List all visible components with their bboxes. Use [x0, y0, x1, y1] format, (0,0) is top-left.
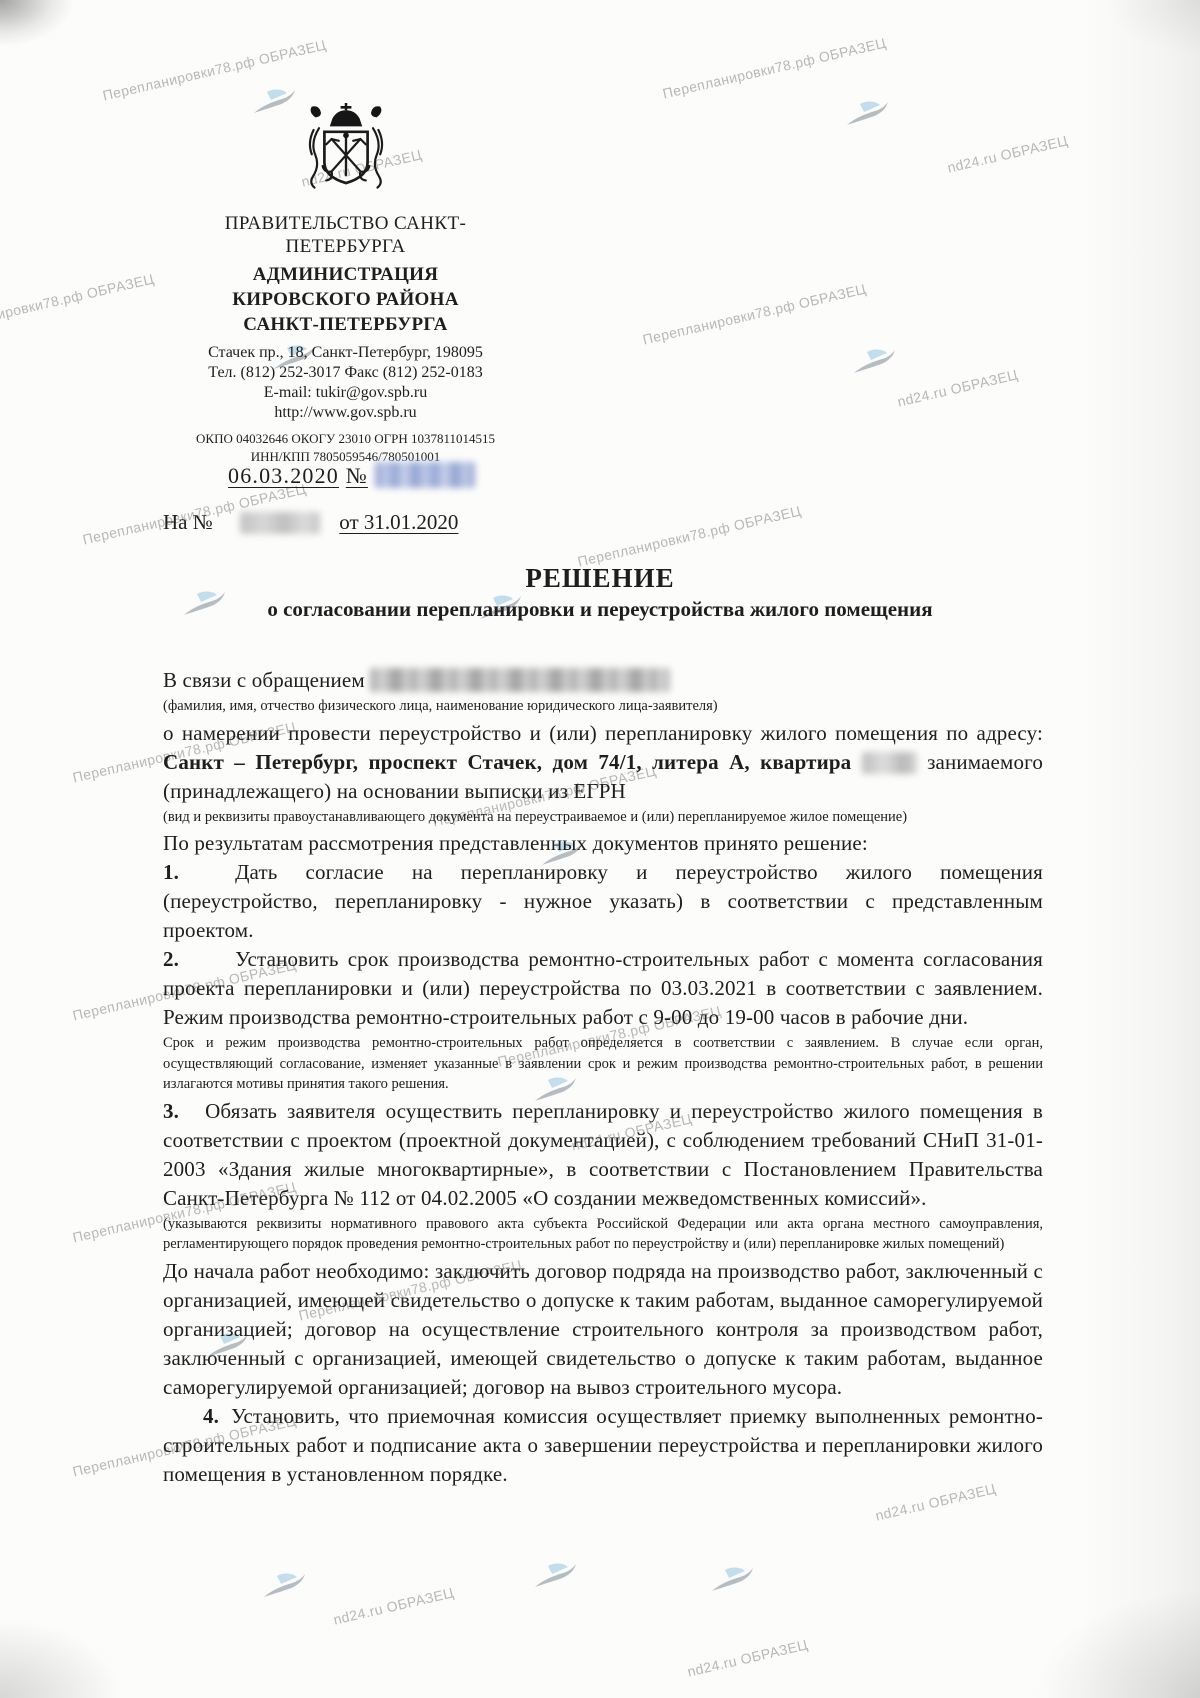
- incoming-prefix: На №: [163, 510, 213, 534]
- bold-text: 3.: [163, 1099, 179, 1123]
- paragraph: 4.Установить, что приемочная комиссия ос…: [163, 1402, 1043, 1489]
- text-run: (указываются реквизиты нормативного прав…: [163, 1216, 1043, 1253]
- watermark-text: nd24.ru ОБРАЗЕЦ: [946, 132, 1070, 175]
- paragraph: 3.Обязать заявителя осуществить переплан…: [163, 1097, 1043, 1213]
- letterhead-government: ПРАВИТЕЛЬСТВО САНКТ- ПЕТЕРБУРГА: [148, 212, 543, 258]
- bird-logo-icon: [710, 1566, 756, 1599]
- redacted-incoming-number: [240, 512, 320, 534]
- watermark-text: nd24.ru ОБРАЗЕЦ: [896, 366, 1020, 409]
- text-run: Установить, что приемочная комиссия осущ…: [163, 1404, 1043, 1486]
- redacted-apartment: [862, 752, 917, 774]
- letterhead-codes: ОКПО 04032646 ОКОГУ 23010 ОГРН 103781101…: [148, 430, 543, 466]
- letterhead: ПРАВИТЕЛЬСТВО САНКТ- ПЕТЕРБУРГА АДМИНИСТ…: [148, 92, 543, 466]
- watermark-text: nd24.ru ОБРАЗЕЦ: [332, 1584, 456, 1627]
- paragraph: 1.Дать согласие на перепланировку и пере…: [163, 858, 1043, 945]
- bold-text: 4.: [203, 1404, 219, 1428]
- text-run: Обязать заявителя осуществить перепланир…: [163, 1099, 1043, 1210]
- document-page: Перепланировки78.рф ОБРАЗЕЦПерепланировк…: [0, 0, 1200, 1698]
- watermark-text: Перепланировки78.рф ОБРАЗЕЦ: [641, 280, 867, 347]
- letterhead-organization: АДМИНИСТРАЦИЯ КИРОВСКОГО РАЙОНА САНКТ-ПЕ…: [148, 262, 543, 337]
- bold-text: Санкт – Петербург, проспект Стачек, дом …: [163, 750, 862, 774]
- paragraph: Срок и режим производства ремонтно-строи…: [163, 1033, 1043, 1095]
- text-run: (вид и реквизиты правоустанавливающего д…: [163, 809, 907, 825]
- text-run: По результатам рассмотрения представленн…: [163, 831, 868, 855]
- incoming-reference-line: На № от 31.01.2020: [163, 510, 458, 535]
- paragraph: 2.Установить срок производства ремонтно-…: [163, 945, 1043, 1032]
- text-run: Установить срок производства ремонтно-ст…: [163, 947, 1043, 1029]
- watermark-text: Перепланировки78.рф ОБРАЗЕЦ: [576, 502, 802, 569]
- incoming-from-date: от 31.01.2020: [339, 510, 458, 534]
- watermark-text: nd24.ru ОБРАЗЕЦ: [686, 1636, 810, 1679]
- bird-logo-icon: [262, 1572, 308, 1605]
- text-run: Дать согласие на перепланировку и переус…: [163, 860, 1043, 942]
- paragraph: До начала работ необходимо: заключить до…: [163, 1257, 1043, 1402]
- paragraph: (фамилия, имя, отчество физического лица…: [163, 696, 1043, 717]
- outgoing-reference-line: 06.03.2020 №: [228, 462, 475, 489]
- outgoing-date: 06.03.2020: [228, 463, 339, 488]
- letterhead-contacts: Стачек пр., 18, Санкт-Петербург, 198095 …: [148, 343, 543, 423]
- paragraph: (указываются реквизиты нормативного прав…: [163, 1214, 1043, 1255]
- bold-text: 1.: [163, 860, 179, 884]
- document-body: В связи с обращением (фамилия, имя, отче…: [163, 666, 1043, 1489]
- text-run: До начала работ необходимо: заключить до…: [163, 1259, 1043, 1399]
- bird-logo-icon: [845, 100, 891, 133]
- bird-logo-icon: [533, 1562, 579, 1595]
- paragraph: о намерении провести переустройство и (и…: [163, 719, 1043, 806]
- paragraph: По результатам рассмотрения представленн…: [163, 829, 1043, 858]
- text-run: о намерении провести переустройство и (и…: [163, 721, 1043, 745]
- bird-logo-icon: [852, 348, 898, 381]
- paragraph: В связи с обращением: [163, 666, 1043, 695]
- coat-of-arms-icon: [292, 92, 400, 204]
- document-title: РЕШЕНИЕ: [0, 563, 1200, 594]
- watermark-text: Перепланировки78.рф ОБРАЗЕЦ: [661, 34, 887, 101]
- bold-text: 2.: [163, 947, 179, 971]
- redacted-doc-number: [375, 462, 475, 488]
- number-sign: №: [346, 463, 368, 488]
- document-subtitle: о согласовании перепланировки и переустр…: [0, 597, 1200, 622]
- watermark-text: Перепланировки78.рф ОБРАЗЕЦ: [0, 270, 156, 337]
- text-run: В связи с обращением: [163, 668, 370, 692]
- paragraph: (вид и реквизиты правоустанавливающего д…: [163, 807, 1043, 828]
- text-run: Срок и режим производства ремонтно-строи…: [163, 1035, 1043, 1092]
- text-run: (фамилия, имя, отчество физического лица…: [163, 698, 718, 714]
- redacted-applicant: [370, 668, 670, 692]
